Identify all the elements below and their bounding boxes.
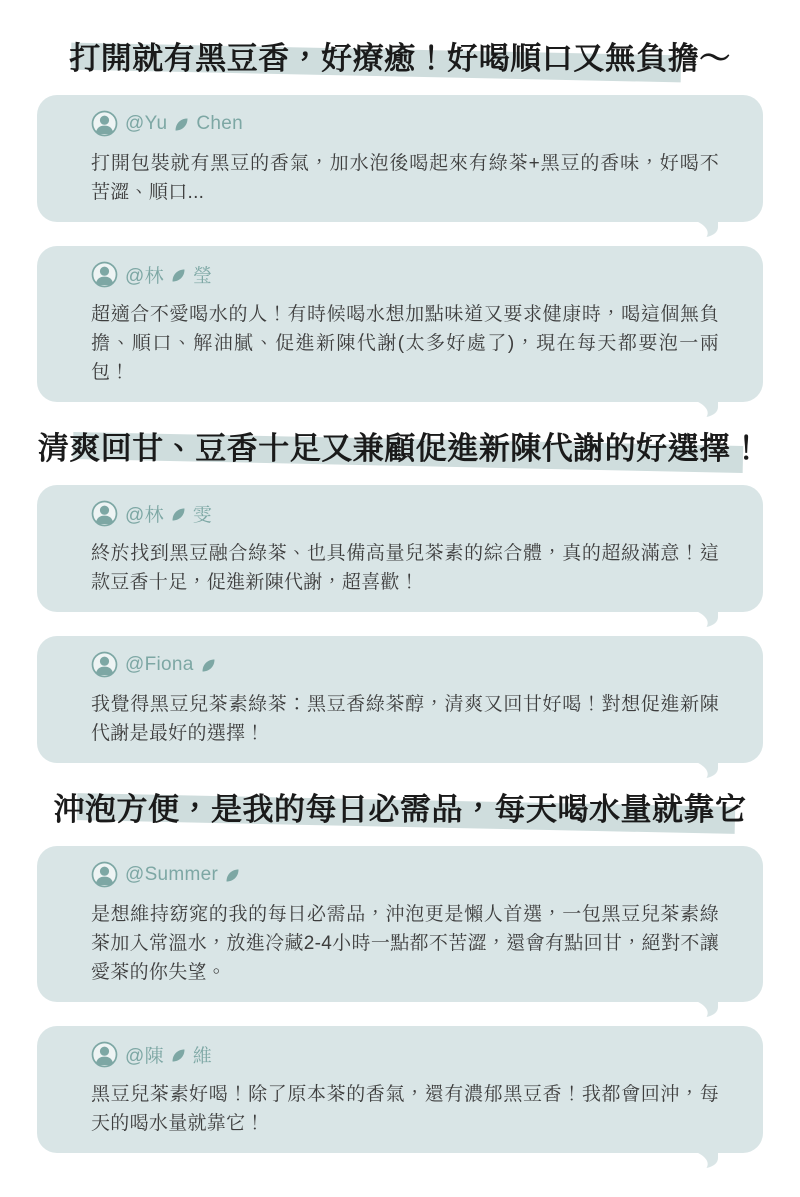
reviewer-name-left: @Yu bbox=[125, 113, 167, 135]
speech-bubble-tail bbox=[693, 610, 719, 627]
review-card: @Yu Chen 打開包裝就有黑豆的香氣，加水泡後喝起來有綠茶+黑豆的香味，好喝… bbox=[37, 95, 763, 222]
avatar-icon bbox=[91, 110, 118, 137]
reviewer-identity: @陳 維 bbox=[91, 1041, 719, 1068]
avatar-icon bbox=[91, 261, 118, 288]
reviewer-identity: @Summer bbox=[91, 861, 719, 888]
avatar-icon bbox=[91, 861, 118, 888]
review-card: @陳 維 黑豆兒茶素好喝！除了原本茶的香氣，還有濃郁黑豆香！我都會回沖，每天的喝… bbox=[37, 1026, 763, 1153]
reviewer-name-right: Chen bbox=[196, 113, 243, 135]
review-text: 是想維持窈窕的我的每日必需品，沖泡更是懶人首選，一包黑豆兒茶素綠茶加入常溫水，放… bbox=[91, 900, 719, 987]
review-card: @林 雯 終於找到黑豆融合綠茶、也具備高量兒茶素的綜合體，真的超級滿意！這款豆香… bbox=[37, 485, 763, 612]
testimonial-page: 打開就有黑豆香，好療癒！好喝順口又無負擔～ @Yu Chen 打開包裝就有黑豆的… bbox=[0, 0, 800, 1197]
section-heading-3: 沖泡方便，是我的每日必需品，每天喝水量就靠它 bbox=[37, 787, 763, 833]
reviewer-name-left: @林 bbox=[125, 261, 164, 288]
leaf-icon bbox=[171, 507, 186, 522]
reviewer-identity: @林 瑩 bbox=[91, 261, 719, 288]
leaf-icon bbox=[201, 658, 216, 673]
section-heading-1: 打開就有黑豆香，好療癒！好喝順口又無負擔～ bbox=[37, 36, 763, 82]
review-card: @Fiona 我覺得黑豆兒茶素綠茶：黑豆香綠茶醇，清爽又回甘好喝！對想促進新陳代… bbox=[37, 636, 763, 763]
avatar-icon bbox=[91, 1041, 118, 1068]
reviewer-name-left: @林 bbox=[125, 500, 164, 527]
reviewer-name-right: 維 bbox=[193, 1041, 212, 1068]
section-heading-text: 打開就有黑豆香，好療癒！好喝順口又無負擔～ bbox=[69, 41, 731, 76]
review-text: 終於找到黑豆融合綠茶、也具備高量兒茶素的綜合體，真的超級滿意！這款豆香十足，促進… bbox=[91, 539, 719, 597]
reviewer-identity: @Yu Chen bbox=[91, 110, 719, 137]
speech-bubble-tail bbox=[693, 1000, 719, 1017]
reviewer-name-left: @Fiona bbox=[125, 654, 194, 676]
review-text: 打開包裝就有黑豆的香氣，加水泡後喝起來有綠茶+黑豆的香味，好喝不苦澀、順口... bbox=[91, 149, 719, 207]
reviewer-name-left: @Summer bbox=[125, 864, 218, 886]
leaf-icon bbox=[171, 268, 186, 283]
review-text: 超適合不愛喝水的人！有時候喝水想加點味道又要求健康時，喝這個無負擔、順口、解油膩… bbox=[91, 300, 719, 387]
review-text: 我覺得黑豆兒茶素綠茶：黑豆香綠茶醇，清爽又回甘好喝！對想促進新陳代謝是最好的選擇… bbox=[91, 690, 719, 748]
leaf-icon bbox=[174, 117, 189, 132]
reviewer-name-right: 瑩 bbox=[193, 261, 212, 288]
reviewer-identity: @Fiona bbox=[91, 651, 719, 678]
avatar-icon bbox=[91, 500, 118, 527]
review-card: @Summer 是想維持窈窕的我的每日必需品，沖泡更是懶人首選，一包黑豆兒茶素綠… bbox=[37, 846, 763, 1002]
reviewer-name-left: @陳 bbox=[125, 1041, 164, 1068]
section-heading-text: 清爽回甘、豆香十足又兼顧促進新陳代謝的好選擇！ bbox=[38, 431, 763, 466]
speech-bubble-tail bbox=[693, 220, 719, 237]
section-heading-text: 沖泡方便，是我的每日必需品，每天喝水量就靠它 bbox=[54, 792, 747, 827]
section-heading-2: 清爽回甘、豆香十足又兼顧促進新陳代謝的好選擇！ bbox=[37, 426, 763, 472]
leaf-icon bbox=[225, 868, 240, 883]
speech-bubble-tail bbox=[693, 1151, 719, 1168]
review-card: @林 瑩 超適合不愛喝水的人！有時候喝水想加點味道又要求健康時，喝這個無負擔、順… bbox=[37, 246, 763, 402]
leaf-icon bbox=[171, 1048, 186, 1063]
speech-bubble-tail bbox=[693, 761, 719, 778]
reviewer-identity: @林 雯 bbox=[91, 500, 719, 527]
reviewer-name-right: 雯 bbox=[193, 500, 212, 527]
avatar-icon bbox=[91, 651, 118, 678]
review-text: 黑豆兒茶素好喝！除了原本茶的香氣，還有濃郁黑豆香！我都會回沖，每天的喝水量就靠它… bbox=[91, 1080, 719, 1138]
speech-bubble-tail bbox=[693, 400, 719, 417]
